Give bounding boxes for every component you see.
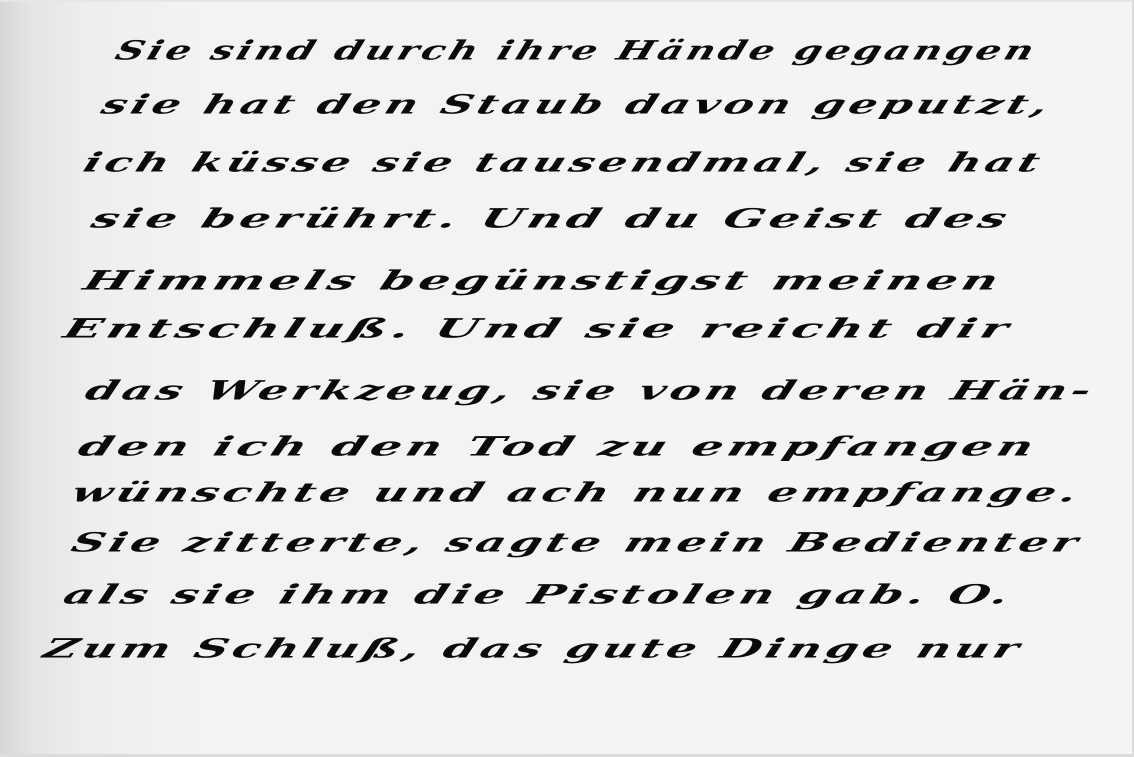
- manuscript-line: den ich den Tod zu empfangen: [75, 433, 1041, 460]
- manuscript-line: Zum Schluß, das gute Dinge nur: [40, 635, 1026, 662]
- handwritten-text-block: Sie sind durch ihre Hände gegangensie ha…: [0, 2, 1132, 754]
- manuscript-line: sie berührt. Und du Geist des: [88, 205, 1014, 232]
- manuscript-line: Himmels begünstigst meinen: [80, 267, 1006, 294]
- manuscript-line: Sie sind durch ihre Hände gegangen: [112, 37, 1041, 64]
- manuscript-line: Entschluß. Und sie reicht dir: [60, 315, 1016, 342]
- manuscript-line: das Werkzeug, sie von deren Hän-: [82, 377, 1099, 404]
- manuscript-line: wünschte und ach nun empfange.: [68, 479, 1085, 506]
- manuscript-page: Sie sind durch ihre Hände gegangensie ha…: [0, 0, 1134, 757]
- manuscript-line: sie hat den Staub davon geputzt,: [98, 91, 1056, 118]
- manuscript-line: als sie ihm die Pistolen gab. O.: [60, 581, 1016, 608]
- manuscript-line: ich küsse sie tausendmal, sie hat: [80, 149, 1047, 176]
- manuscript-line: Sie zitterte, sagte mein Bedienter: [68, 529, 1085, 556]
